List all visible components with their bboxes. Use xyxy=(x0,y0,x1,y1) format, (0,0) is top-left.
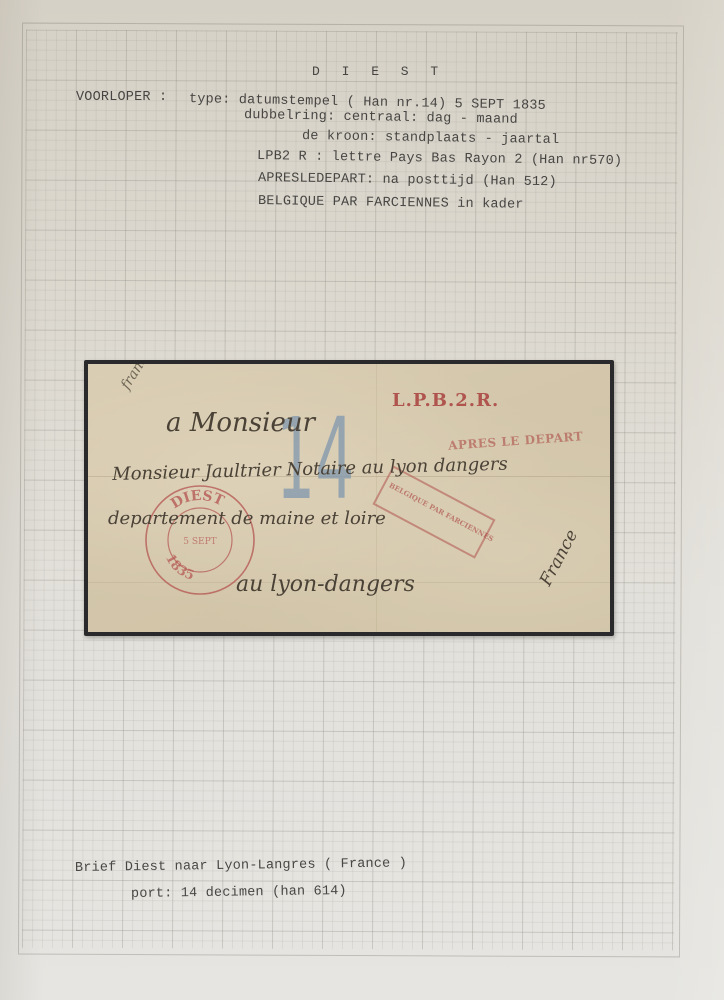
address-line-4: au lyon-dangers xyxy=(236,572,415,597)
address-line-3: departement de maine et loire xyxy=(108,508,386,529)
svg-text:1835: 1835 xyxy=(162,552,196,584)
address-line-1: a Monsieur xyxy=(166,408,315,438)
date-stamp-day-month: 5 SEPT xyxy=(183,537,216,547)
header-label-voorloper: VOORLOPER : xyxy=(76,90,167,105)
date-stamp-year: 1835 xyxy=(162,552,196,584)
postal-letter-cover: france France DIEST 1835 5 SEPT L.P.B.2.… xyxy=(88,364,610,632)
page-title: D I E S T xyxy=(312,64,445,79)
margin-note-left: france xyxy=(118,364,156,392)
apres-le-depart-stamp: APRES LE DEPART xyxy=(448,429,584,452)
margin-note-right: France xyxy=(536,526,582,589)
lpb2r-stamp: L.P.B.2.R. xyxy=(392,390,499,411)
caption-line-2: port: 14 decimen (han 614) xyxy=(131,884,347,902)
belgique-par-farciennes-boxed-stamp: BELGIQUE PAR FARCIENNES xyxy=(372,465,495,558)
